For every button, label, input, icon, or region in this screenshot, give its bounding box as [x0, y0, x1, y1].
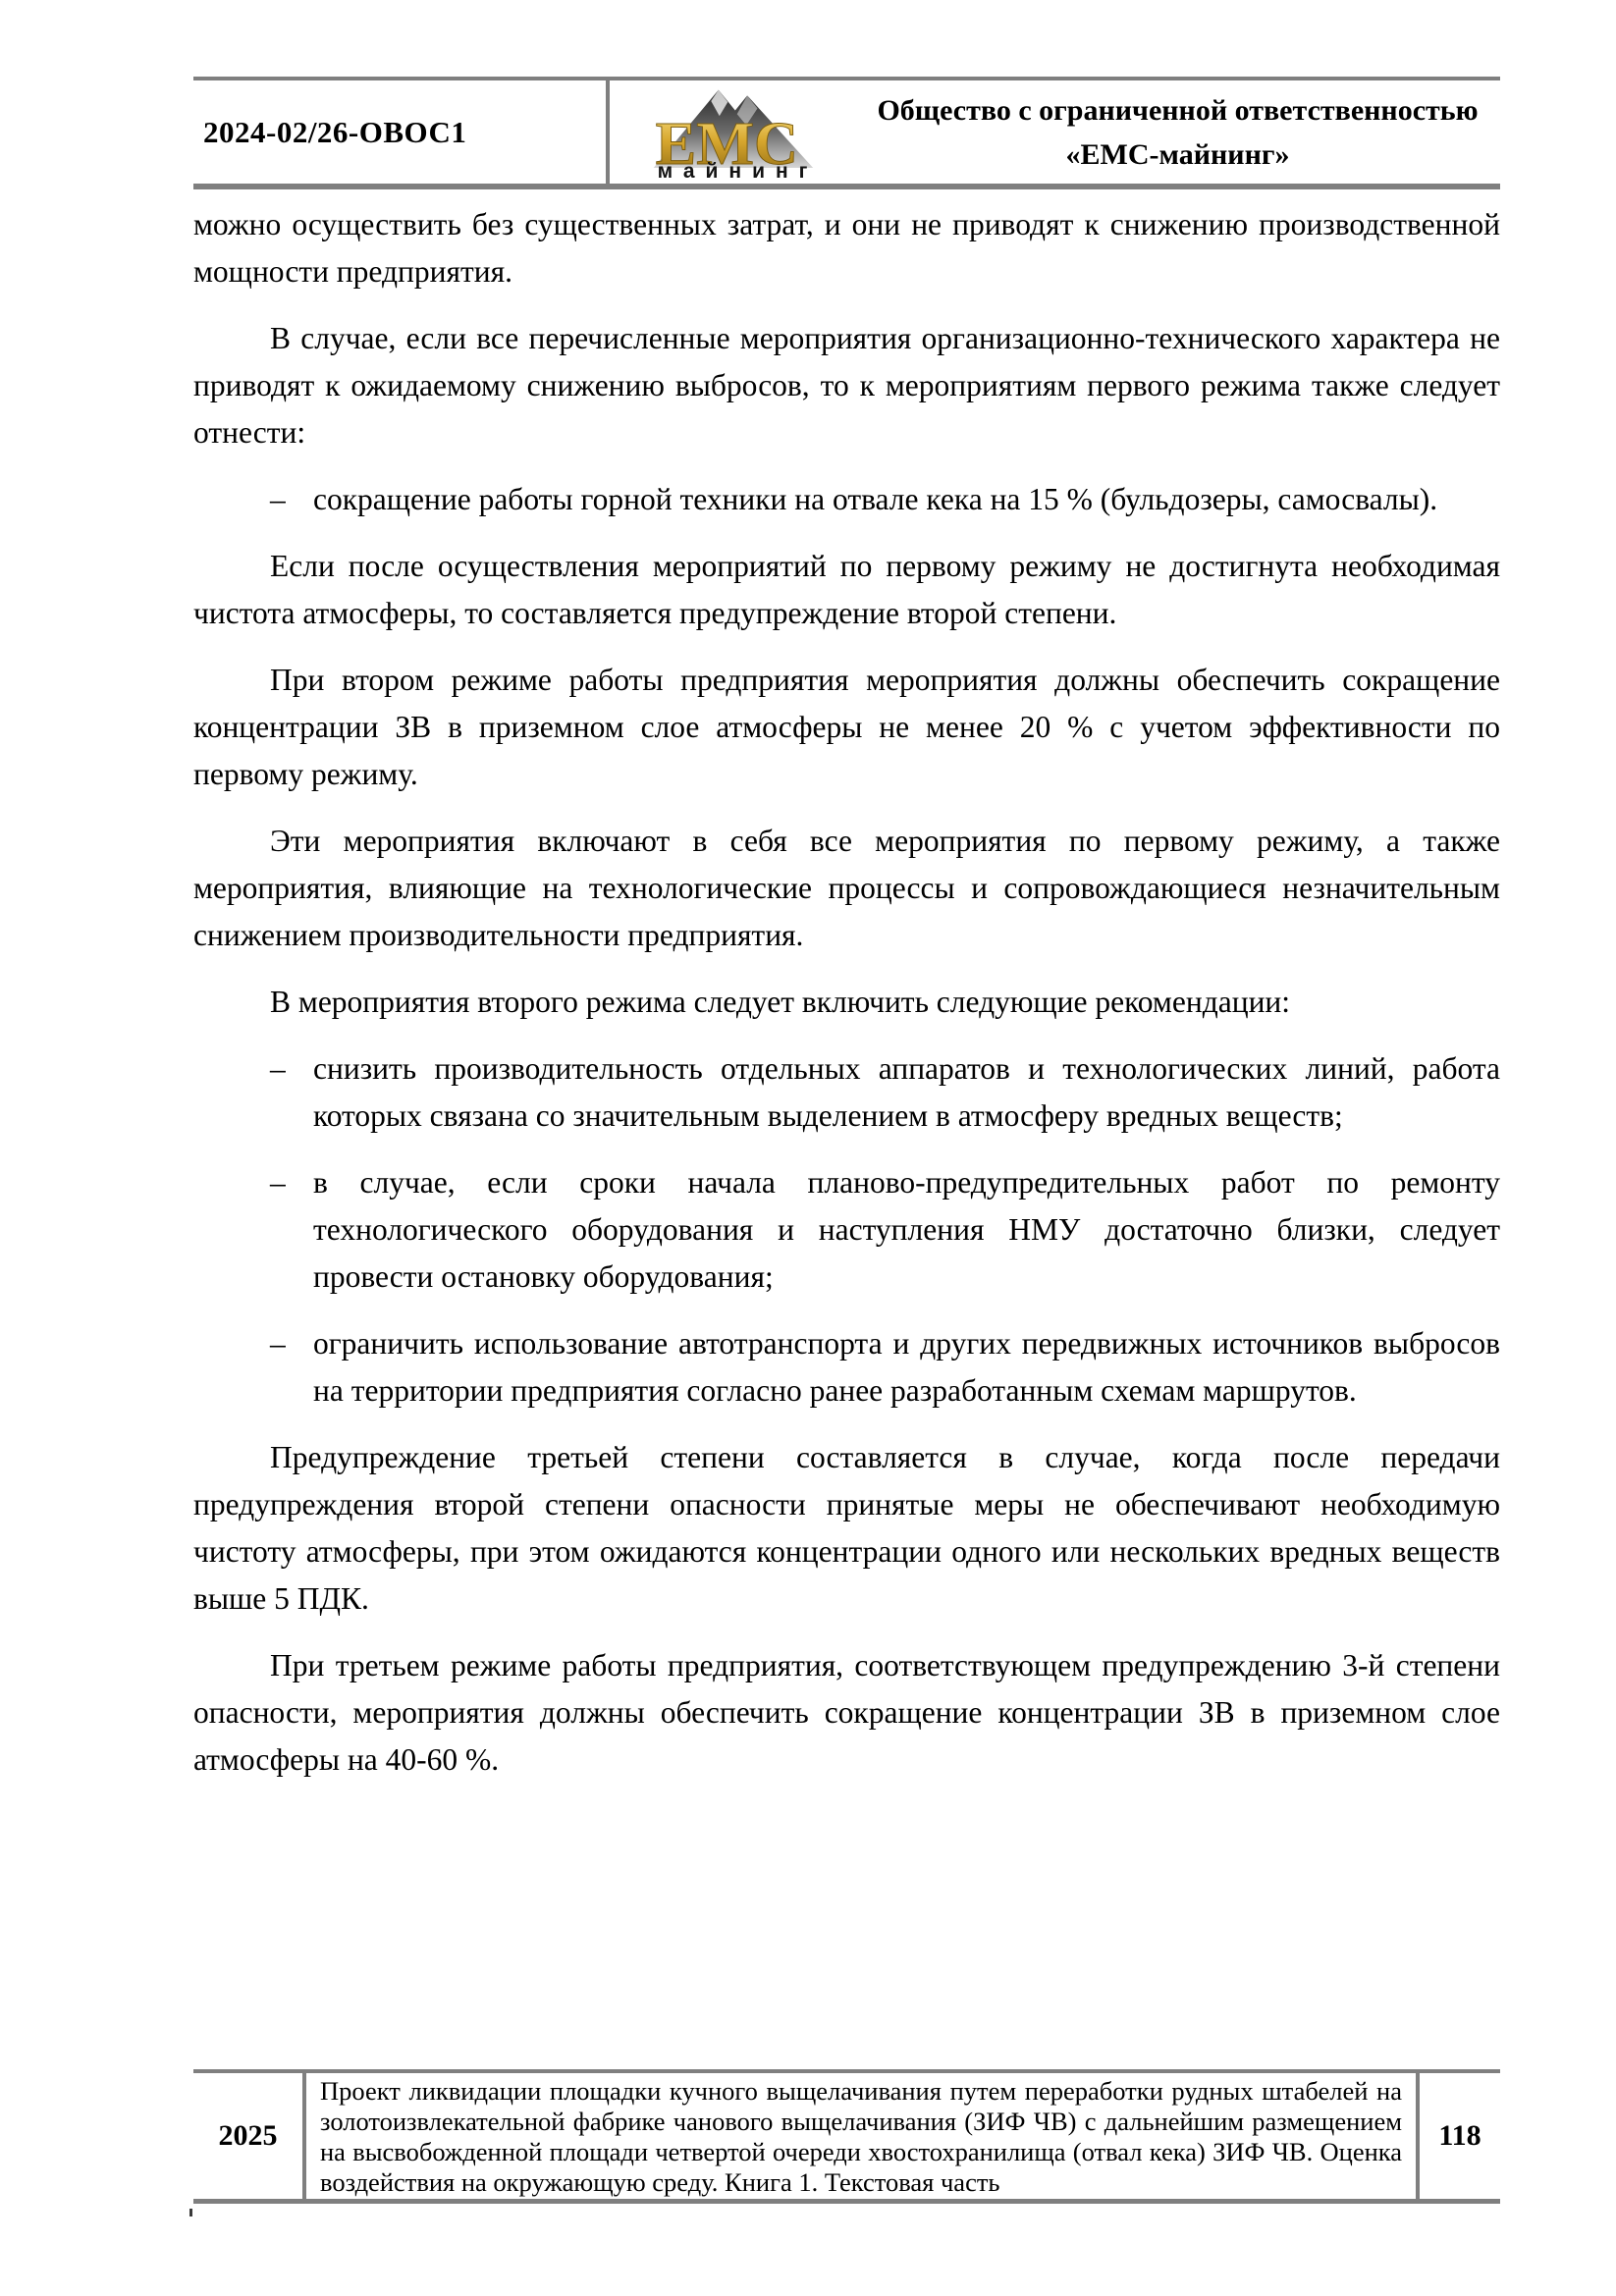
company-logo: ЕМС майнинг: [610, 80, 855, 184]
paragraph: можно осуществить без существенных затра…: [193, 201, 1500, 295]
doc-number: 2024-02/26-ОВОС1: [203, 115, 466, 150]
paragraph: Если после осуществления мероприятий по …: [193, 543, 1500, 637]
page-header: 2024-02/26-ОВОС1: [193, 77, 1500, 189]
list-item: – снизить производительность отдельных а…: [193, 1045, 1500, 1140]
footer-page-number: 118: [1438, 2119, 1481, 2153]
footer-page-number-cell: 118: [1420, 2073, 1500, 2199]
list-item-text: ограничить использование автотранспорта …: [313, 1326, 1500, 1408]
footer-year-cell: 2025: [193, 2073, 302, 2199]
bullet-dash: –: [270, 476, 286, 523]
company-name-line2: «ЕМС-майнинг»: [855, 133, 1500, 177]
page-footer: 2025 Проект ликвидации площадки кучного …: [193, 2069, 1500, 2204]
document-page: 2024-02/26-ОВОС1: [0, 0, 1616, 2296]
list-item: – сокращение работы горной техники на от…: [193, 476, 1500, 523]
document-body: можно осуществить без существенных затра…: [193, 201, 1500, 1784]
bullet-dash: –: [270, 1159, 286, 1206]
footer-year: 2025: [219, 2119, 278, 2153]
list-item-text: снизить производительность отдельных апп…: [313, 1051, 1500, 1133]
bullet-dash: –: [270, 1320, 286, 1367]
stray-mark: [189, 2209, 192, 2216]
paragraph: При третьем режиме работы предприятия, с…: [193, 1642, 1500, 1784]
logo-subtext: майнинг: [647, 160, 819, 184]
list-item-text: сокращение работы горной техники на отва…: [313, 482, 1437, 516]
list-item-text: в случае, если сроки начала планово-пред…: [313, 1165, 1500, 1294]
bullet-dash: –: [270, 1045, 286, 1093]
footer-description: Проект ликвидации площадки кучного выщел…: [320, 2076, 1402, 2197]
list-item: – в случае, если сроки начала планово-пр…: [193, 1159, 1500, 1301]
paragraph: В случае, если все перечисленные меропри…: [193, 315, 1500, 456]
paragraph: Эти мероприятия включают в себя все меро…: [193, 818, 1500, 959]
mountain-logo-icon: ЕМС: [623, 84, 841, 168]
company-name: Общество с ограниченной ответственностью…: [855, 80, 1500, 184]
doc-number-cell: 2024-02/26-ОВОС1: [193, 80, 610, 184]
paragraph: При втором режиме работы предприятия мер…: [193, 657, 1500, 798]
list-item: – ограничить использование автотранспорт…: [193, 1320, 1500, 1415]
paragraph: В мероприятия второго режима следует вкл…: [193, 979, 1500, 1026]
company-name-line1: Общество с ограниченной ответственностью: [855, 88, 1500, 133]
paragraph: Предупреждение третьей степени составляе…: [193, 1434, 1500, 1623]
footer-description-cell: Проект ликвидации площадки кучного выщел…: [302, 2073, 1420, 2199]
